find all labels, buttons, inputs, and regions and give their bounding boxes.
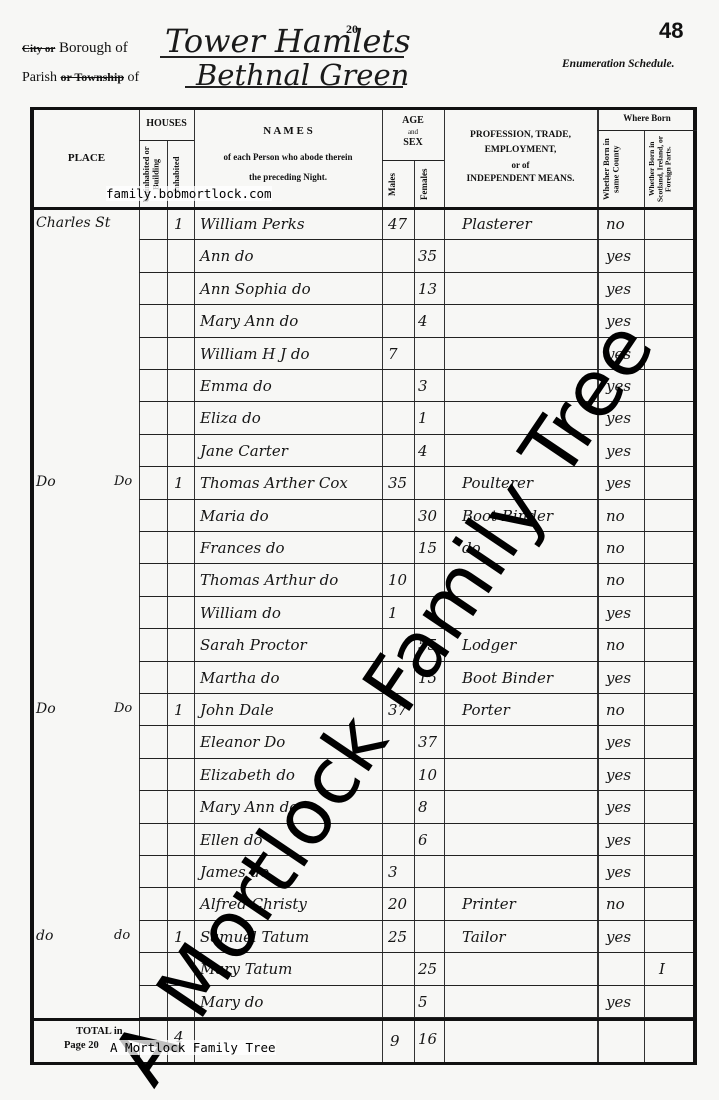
footer-watermark: A Mortlock Family Tree [110, 1040, 276, 1055]
cell-female: 5 [418, 993, 428, 1011]
cell-foreign: I [659, 960, 665, 978]
cell-name: Jane Carter [200, 442, 288, 460]
cell-name: Ann Sophia do [200, 280, 311, 298]
cell-name: Thomas Arthur do [200, 571, 338, 589]
col-where-born: Where Born [597, 113, 697, 124]
cell-name: William do [200, 604, 281, 622]
cell-inhabited: 1 [174, 474, 184, 492]
cell-female: 30 [418, 507, 437, 525]
cell-house: do [114, 928, 130, 943]
sub-number: 20 [346, 22, 358, 37]
cell-female: 8 [418, 798, 428, 816]
row-rule [139, 466, 693, 467]
row-rule [139, 823, 693, 824]
row-rule [139, 790, 693, 791]
cell-male: 10 [388, 571, 407, 589]
cell-same-county: yes [606, 766, 631, 784]
cell-same-county: no [606, 895, 625, 913]
cell-place: Charles St [36, 215, 110, 231]
site-watermark: family.bobmortlock.com [106, 186, 272, 201]
cell-name: William H J do [200, 345, 310, 363]
cell-same-county: yes [606, 604, 631, 622]
cell-house: Do [114, 701, 132, 716]
cell-same-county: yes [606, 669, 631, 687]
col-profession-3: or of [444, 160, 597, 171]
parish-underline [185, 86, 403, 88]
cell-same-county: yes [606, 474, 631, 492]
cell-same-county: yes [606, 247, 631, 265]
cell-same-county: no [606, 215, 625, 233]
cell-place: Do [36, 474, 56, 490]
cell-female: 37 [418, 733, 437, 751]
borough-label: Borough of [59, 40, 128, 56]
cell-female: 6 [418, 831, 428, 849]
col-houses: HOUSES [139, 118, 194, 131]
cell-inhabited: 1 [174, 701, 184, 719]
total-label-2: Page 20 [64, 1040, 99, 1051]
cell-name: Eleanor Do [200, 733, 285, 751]
cell-female: 1 [418, 409, 428, 427]
cell-name: Frances do [200, 539, 285, 557]
cell-same-county: yes [606, 831, 631, 849]
census-table: PLACE HOUSES Uninhabited or Building Inh… [30, 107, 697, 1065]
cell-male: 7 [388, 345, 398, 363]
row-rule [139, 531, 693, 532]
row-rule [139, 563, 693, 564]
page-number: 48 [659, 18, 683, 44]
cell-name: Eliza do [200, 409, 261, 427]
cell-same-county: no [606, 701, 625, 719]
col-profession-1: PROFESSION, TRADE, [444, 130, 597, 142]
cell-place: do [36, 928, 53, 944]
cell-male: 47 [388, 215, 407, 233]
cell-male: 20 [388, 895, 407, 913]
cell-same-county: yes [606, 733, 631, 751]
parish-line: Parish or Township of [22, 70, 139, 86]
cell-male: 35 [388, 474, 407, 492]
born-divider [597, 130, 697, 131]
cell-profession: Porter [462, 701, 510, 719]
col-place: PLACE [34, 152, 139, 166]
cell-same-county: no [606, 507, 625, 525]
col-divider [167, 140, 168, 1062]
col-females: Females [420, 164, 440, 204]
cell-male: 3 [388, 863, 398, 881]
cell-place: Do [36, 701, 56, 717]
col-age: AGE [382, 115, 444, 128]
cell-female: 13 [418, 280, 437, 298]
cell-female: 4 [418, 312, 428, 330]
row-rule [139, 272, 693, 273]
col-same-county: Whether Born in same County [602, 134, 642, 204]
cell-name: Sarah Proctor [200, 636, 307, 654]
cell-name: William Perks [200, 215, 305, 233]
col-names-title: N A M E S [194, 125, 382, 139]
col-age-and: and [382, 128, 444, 137]
cell-female: 10 [418, 766, 437, 784]
cell-inhabited: 1 [174, 215, 184, 233]
cell-same-county: yes [606, 280, 631, 298]
cell-male: 25 [388, 928, 407, 946]
borough-line: City or Borough of [22, 40, 128, 57]
header-bottom-rule [34, 207, 693, 210]
col-profession-2: EMPLOYMENT, [444, 145, 597, 157]
borough-struck: City or [22, 43, 55, 55]
cell-profession: Boot Binder [462, 669, 553, 687]
cell-name: Emma do [200, 377, 272, 395]
cell-name: Martha do [200, 669, 280, 687]
age-divider [382, 160, 444, 161]
col-names-sub2: the preceding Night. [194, 172, 382, 183]
cell-female: 4 [418, 442, 428, 460]
parish-label: Parish [22, 70, 57, 85]
cell-name: Thomas Arther Cox [200, 474, 348, 492]
cell-same-county: yes [606, 928, 631, 946]
col-names-sub1: of each Person who abode therein [194, 152, 382, 163]
cell-name: John Dale [200, 701, 274, 719]
col-sex: SEX [382, 137, 444, 150]
cell-same-county: yes [606, 993, 631, 1011]
cell-female: 35 [418, 247, 437, 265]
cell-female: 3 [418, 377, 428, 395]
col-profession-4: INDEPENDENT MEANS. [444, 174, 597, 186]
cell-house: Do [114, 474, 132, 489]
cell-profession: Tailor [462, 928, 506, 946]
cell-name: Maria do [200, 507, 269, 525]
cell-name: Ann do [200, 247, 254, 265]
col-foreign: Whether Born in Scotland, Ireland, or Fo… [648, 134, 694, 204]
row-rule [139, 239, 693, 240]
row-rule [139, 758, 693, 759]
cell-same-county: no [606, 636, 625, 654]
total-females: 16 [418, 1030, 437, 1048]
total-males: 9 [390, 1032, 400, 1050]
row-rule [139, 304, 693, 305]
parish-of: of [128, 70, 140, 85]
row-rule [139, 855, 693, 856]
borough-value: Tower Hamlets [165, 22, 411, 60]
cell-same-county: yes [606, 863, 631, 881]
cell-same-county: no [606, 571, 625, 589]
houses-divider [139, 140, 194, 141]
cell-name: Mary Ann do [200, 312, 298, 330]
cell-profession: Plasterer [462, 215, 532, 233]
cell-same-county: yes [606, 798, 631, 816]
cell-same-county: no [606, 539, 625, 557]
row-rule [139, 499, 693, 500]
cell-profession: Printer [462, 895, 516, 913]
cell-female: 25 [418, 960, 437, 978]
parish-struck: or Township [61, 70, 125, 84]
col-males: Males [388, 166, 408, 204]
schedule-title: Enumeration Schedule. [562, 58, 674, 70]
